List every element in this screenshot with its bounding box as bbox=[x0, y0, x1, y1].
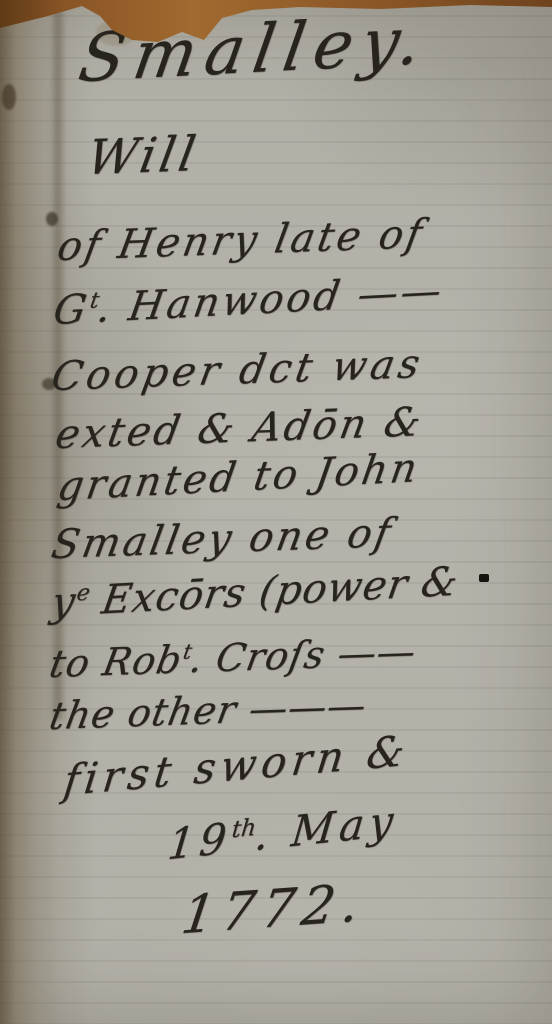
manuscript-line: of Henry late of bbox=[54, 211, 428, 270]
manuscript-line: Cooper dct was bbox=[48, 341, 427, 400]
manuscript-line: the other ——— bbox=[46, 683, 370, 738]
manuscript-line: to Robt. Croſs —— bbox=[46, 629, 420, 686]
manuscript-text: Smalley.Willof Henry late ofGt. Hanwood … bbox=[0, 0, 552, 1024]
paper-leaf: Smalley.Willof Henry late ofGt. Hanwood … bbox=[0, 0, 552, 1024]
date-year: 1772. bbox=[178, 873, 370, 947]
manuscript-line: Smalley one of bbox=[48, 510, 397, 568]
manuscript-line: ye Excōrs (power & bbox=[48, 558, 461, 626]
heading-surname: Smalley. bbox=[74, 1, 436, 97]
manuscript-photo: Smalley.Willof Henry late ofGt. Hanwood … bbox=[0, 0, 552, 1024]
manuscript-line: first sworn & bbox=[61, 725, 412, 805]
date-day-month: 19th. May bbox=[165, 795, 400, 869]
manuscript-line: Gt. Hanwood —— bbox=[50, 267, 447, 334]
heading-will: Will bbox=[83, 126, 203, 186]
